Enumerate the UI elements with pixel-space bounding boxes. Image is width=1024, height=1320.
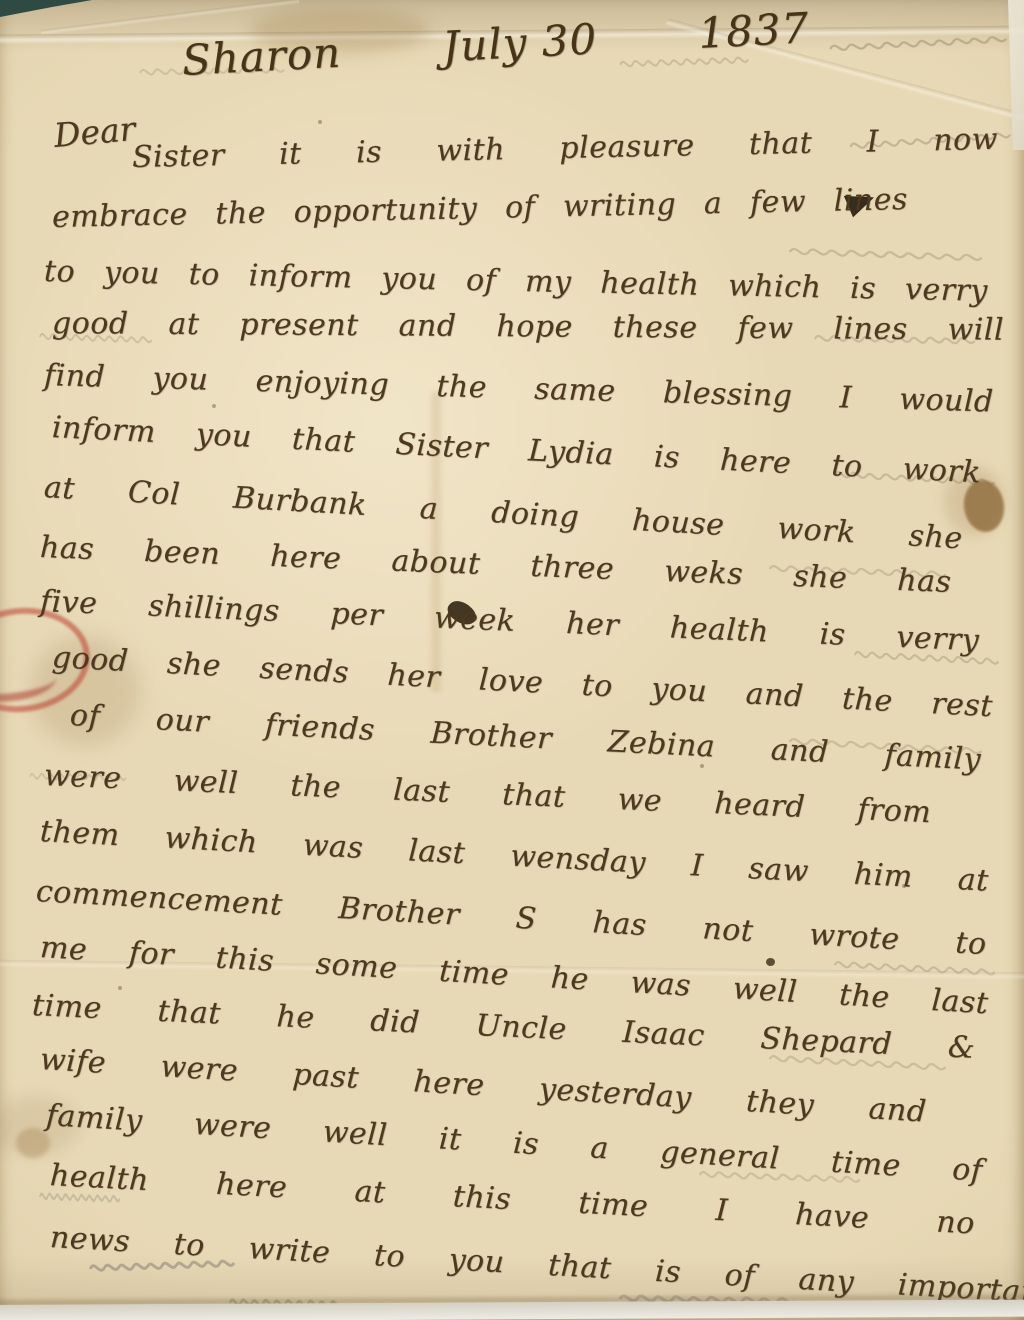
letter-line: good at present and hope these few lines…: [52, 306, 1004, 349]
salutation: Dear: [52, 109, 137, 155]
dateline-place: Sharon: [181, 28, 343, 85]
dateline-year: 1837: [697, 3, 810, 58]
dateline-date: July 30: [441, 14, 598, 71]
scanned-letter-page: Sharon July 30 1837 Dear Sister it is wi…: [0, 0, 1024, 1320]
